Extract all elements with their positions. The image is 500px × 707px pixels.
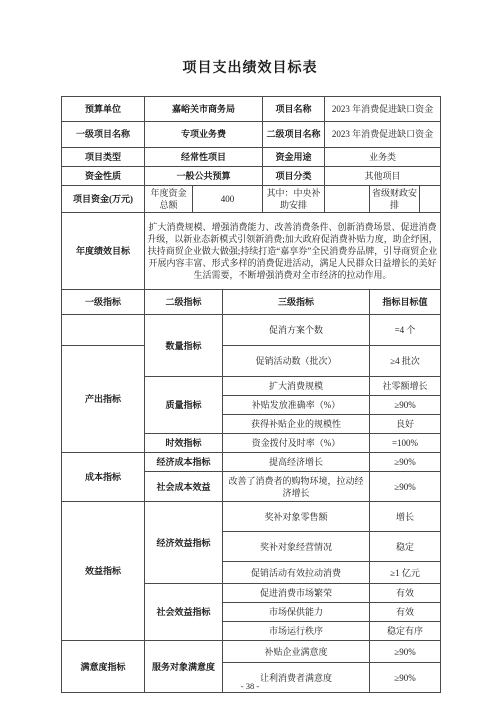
table-row-funds: 项目资金(万元) 年度资金总额 400 其中：中央补助安排 省级财政安排	[62, 186, 441, 213]
performance-target-table: 预算单位 嘉峪关市商务局 项目名称 2023 年消费促进缺口资金 一级项目名称 …	[61, 96, 441, 693]
group-benefit: 效益指标	[62, 502, 145, 641]
indicator-target: ≥90%	[370, 453, 441, 472]
table-row-goal: 年度绩效目标 扩大消费规模、增强消费能力、改善消费条件、创新消费场景、促进消费升…	[62, 213, 441, 290]
indicator-target: 稳定有序	[370, 622, 441, 641]
level1-empty-cell	[62, 315, 145, 346]
indicator-target: ≥4 批次	[370, 346, 441, 377]
subgroup-econ-cost: 经济成本指标	[145, 453, 223, 472]
indicator-name: 提高经济增长	[223, 453, 370, 472]
provincial-fund-value	[420, 186, 441, 213]
indicator-name: 获得补贴企业的规模性	[223, 415, 370, 434]
group-cost: 成本指标	[62, 453, 145, 502]
annual-total-value: 400	[193, 186, 263, 213]
indicator-target: ≥90%	[370, 641, 441, 663]
annual-goal-text: 扩大消费规模、增强消费能力、改善消费条件、创新消费场景、促进消费升级，以新业态新…	[145, 213, 441, 290]
group-output: 产出指标	[62, 346, 145, 453]
indicator-target: 稳定	[370, 532, 441, 562]
level1-project-value: 专项业务费	[145, 122, 263, 148]
provincial-fund-label: 省级财政安排	[370, 186, 420, 213]
table-row: 资金性质 一般公共预算 项目分类 其他项目	[62, 167, 441, 186]
header-level1: 一级指标	[62, 290, 145, 315]
indicator-target: ≥90%	[370, 472, 441, 502]
level1-project-label: 一级项目名称	[62, 122, 145, 148]
indicator-target: ≥1 亿元	[370, 562, 441, 584]
project-category-value: 其他项目	[325, 167, 441, 186]
page-title: 项目支出绩效目标表	[0, 57, 500, 77]
indicator-name: 促消方案个数	[223, 315, 370, 346]
indicator-name: 促销活动数（批次）	[223, 346, 370, 377]
document-page: 项目支出绩效目标表 预算单位 嘉峪关市商务局 项目名称 2023 年消费促进缺口…	[0, 0, 500, 707]
table-row: 预算单位 嘉峪关市商务局 项目名称 2023 年消费促进缺口资金	[62, 97, 441, 122]
indicator-target: ≥90%	[370, 396, 441, 415]
fund-nature-value: 一般公共预算	[145, 167, 263, 186]
fund-nature-label: 资金性质	[62, 167, 145, 186]
indicator-name: 奖补对象经营情况	[223, 532, 370, 562]
indicator-row: 满意度指标 服务对象满意度 补贴企业满意度 ≥90%	[62, 641, 441, 663]
table-row: 一级项目名称 专项业务费 二级项目名称 2023 年消费促进缺口资金	[62, 122, 441, 148]
project-name-value: 2023 年消费促进缺口资金	[325, 97, 441, 122]
indicator-name: 市场保供能力	[223, 603, 370, 622]
indicator-row: 效益指标 经济效益指标 奖补对象零售额 增长	[62, 502, 441, 532]
subgroup-quality: 质量指标	[145, 377, 223, 434]
fund-use-value: 业务类	[325, 148, 441, 167]
indicator-name: 补贴企业满意度	[223, 641, 370, 663]
indicator-name: 改善了消费者的购物环境，拉动经济增长	[223, 472, 370, 502]
header-target: 指标目标值	[370, 290, 441, 315]
indicator-header-row: 一级指标 二级指标 三级指标 指标目标值	[62, 290, 441, 315]
header-level3: 三级指标	[223, 290, 370, 315]
indicator-name: 资金拨付及时率（%）	[223, 434, 370, 453]
level2-project-label: 二级项目名称	[263, 122, 325, 148]
indicator-target: 社零额增长	[370, 377, 441, 396]
indicator-target: 有效	[370, 584, 441, 603]
indicator-name: 奖补对象零售额	[223, 502, 370, 532]
header-level2: 二级指标	[145, 290, 223, 315]
subgroup-social-cost: 社会成本效益	[145, 472, 223, 502]
indicator-name: 市场运行秩序	[223, 622, 370, 641]
indicator-target: 增长	[370, 502, 441, 532]
indicator-name: 促进消费市场繁荣	[223, 584, 370, 603]
indicator-name: 促销活动有效拉动消费	[223, 562, 370, 584]
level2-project-value: 2023 年消费促进缺口资金	[325, 122, 441, 148]
indicator-row: 成本指标 经济成本指标 提高经济增长 ≥90%	[62, 453, 441, 472]
subgroup-timeliness: 时效指标	[145, 434, 223, 453]
budget-unit-value: 嘉峪关市商务局	[145, 97, 263, 122]
subgroup-econ-benefit: 经济效益指标	[145, 502, 223, 584]
project-name-label: 项目名称	[263, 97, 325, 122]
indicator-name: 扩大消费规模	[223, 377, 370, 396]
project-type-value: 经常性项目	[145, 148, 263, 167]
indicator-name: 补贴发放准确率（%）	[223, 396, 370, 415]
indicator-row: 产出指标 促销活动数（批次） ≥4 批次	[62, 346, 441, 377]
project-type-label: 项目类型	[62, 148, 145, 167]
subgroup-quantity: 数量指标	[145, 315, 223, 377]
central-subsidy-label: 其中：中央补助安排	[263, 186, 325, 213]
annual-total-label: 年度资金总额	[145, 186, 193, 213]
table-row: 项目类型 经常性项目 资金用途 业务类	[62, 148, 441, 167]
project-category-label: 项目分类	[263, 167, 325, 186]
subgroup-social-benefit: 社会效益指标	[145, 584, 223, 641]
central-subsidy-value	[325, 186, 370, 213]
annual-goal-label: 年度绩效目标	[62, 213, 145, 290]
indicator-target: =100%	[370, 434, 441, 453]
budget-unit-label: 预算单位	[62, 97, 145, 122]
indicator-target: 有效	[370, 603, 441, 622]
page-number: - 38 -	[0, 681, 500, 691]
project-funds-label: 项目资金(万元)	[62, 186, 145, 213]
indicator-row: 数量指标 促消方案个数 =4 个	[62, 315, 441, 346]
indicator-target: 良好	[370, 415, 441, 434]
indicator-target: =4 个	[370, 315, 441, 346]
fund-use-label: 资金用途	[263, 148, 325, 167]
